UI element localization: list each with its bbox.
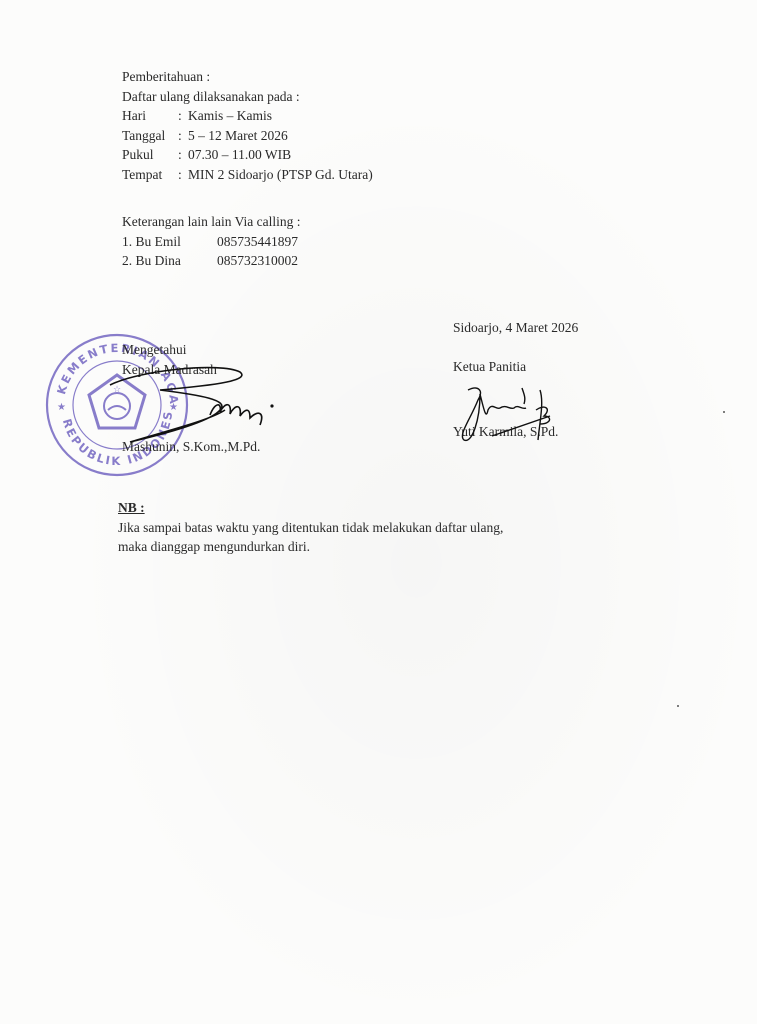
detail-separator: : xyxy=(178,126,188,146)
contact-phone: 085735441897 xyxy=(217,232,298,252)
detail-value: 5 – 12 Maret 2026 xyxy=(188,126,288,146)
detail-value: 07.30 – 11.00 WIB xyxy=(188,145,291,165)
nb-title: NB : xyxy=(118,498,503,518)
nb-section: NB : Jika sampai batas waktu yang ditent… xyxy=(118,498,503,557)
document-page: Pemberitahuan : Daftar ulang dilaksanaka… xyxy=(0,0,757,1024)
contact-phone: 085732310002 xyxy=(217,251,298,271)
detail-separator: : xyxy=(178,145,188,165)
contact-item: 1. Bu Emil 085735441897 xyxy=(122,232,301,252)
detail-value: MIN 2 Sidoarjo (PTSP Gd. Utara) xyxy=(188,165,373,185)
detail-row-place: Tempat : MIN 2 Sidoarjo (PTSP Gd. Utara) xyxy=(122,165,373,185)
detail-row-time: Pukul : 07.30 – 11.00 WIB xyxy=(122,145,373,165)
committee-chair-title: Ketua Panitia xyxy=(453,357,578,377)
nb-line-2: maka dianggap mengundurkan diri. xyxy=(118,537,503,557)
contacts-heading: Keterangan lain lain Via calling : xyxy=(122,212,301,232)
headmaster-signature-icon xyxy=(100,350,300,470)
detail-separator: : xyxy=(178,165,188,185)
nb-line-1: Jika sampai batas waktu yang ditentukan … xyxy=(118,518,503,538)
contact-name: 1. Bu Emil xyxy=(122,232,217,252)
scan-speck xyxy=(677,705,679,707)
place-date: Sidoarjo, 4 Maret 2026 xyxy=(453,318,578,338)
detail-label: Pukul xyxy=(122,145,178,165)
contacts-section: Keterangan lain lain Via calling : 1. Bu… xyxy=(122,212,301,271)
notice-section: Pemberitahuan : Daftar ulang dilaksanaka… xyxy=(122,67,373,184)
notice-heading: Pemberitahuan : xyxy=(122,67,373,87)
chair-signature-icon xyxy=(448,380,568,460)
notice-intro: Daftar ulang dilaksanakan pada : xyxy=(122,87,373,107)
detail-label: Tanggal xyxy=(122,126,178,146)
scan-speck xyxy=(723,411,725,413)
detail-separator: : xyxy=(178,106,188,126)
svg-text:★: ★ xyxy=(57,402,66,413)
contact-item: 2. Bu Dina 085732310002 xyxy=(122,251,301,271)
detail-label: Tempat xyxy=(122,165,178,185)
contact-name: 2. Bu Dina xyxy=(122,251,217,271)
detail-row-date: Tanggal : 5 – 12 Maret 2026 xyxy=(122,126,373,146)
detail-row-day: Hari : Kamis – Kamis xyxy=(122,106,373,126)
detail-label: Hari xyxy=(122,106,178,126)
detail-value: Kamis – Kamis xyxy=(188,106,272,126)
